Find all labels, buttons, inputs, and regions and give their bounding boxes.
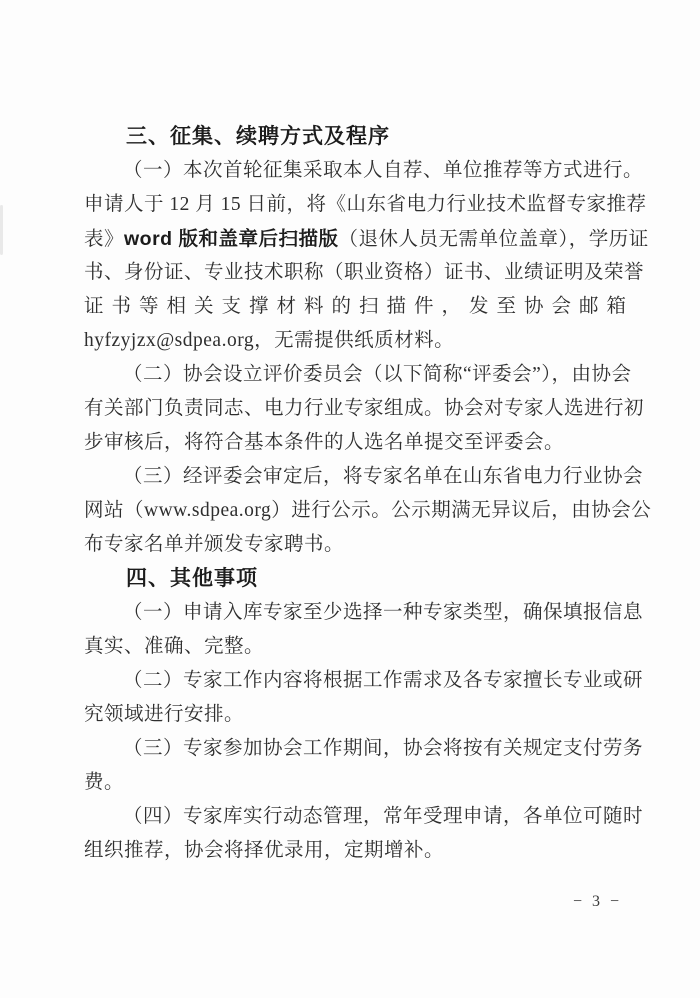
text-line: （三）专家参加协会工作期间，协会将按有关规定支付劳务 bbox=[84, 732, 629, 766]
text-line: 步审核后，将符合基本条件的人选名单提交至评委会。 bbox=[84, 426, 629, 460]
text-segment: 四、其他事项 bbox=[126, 567, 258, 590]
text-segment: word 版和盖章后扫描版 bbox=[124, 228, 339, 250]
text-segment: 证书等相关支撑材料的扫描件，发至协会邮箱 bbox=[84, 296, 634, 317]
text-segment: （一）申请入库专家至少选择一种专家类型，确保填报信息 bbox=[123, 602, 643, 623]
document-page: 三、征集、续聘方式及程序（一）本次首轮征集采取本人自荐、单位推荐等方式进行。申请… bbox=[0, 0, 700, 998]
text-line: 究领域进行安排。 bbox=[84, 698, 629, 732]
text-segment: 网站（www.sdpea.org）进行公示。公示期满无异议后，由协会公 bbox=[84, 500, 651, 521]
text-segment: 三、征集、续聘方式及程序 bbox=[126, 125, 390, 148]
text-line: 有关部门负责同志、电力行业专家组成。协会对专家人选进行初 bbox=[84, 392, 629, 426]
text-line: 表》word 版和盖章后扫描版（退休人员无需单位盖章），学历证 bbox=[84, 222, 629, 256]
text-segment: （四）专家库实行动态管理，常年受理申请，各单位可随时 bbox=[123, 806, 643, 827]
text-segment: （退休人员无需单位盖章），学历证 bbox=[339, 229, 649, 250]
text-line: 真实、准确、完整。 bbox=[84, 630, 629, 664]
text-segment: （二）专家工作内容将根据工作需求及各专家擅长专业或研 bbox=[123, 670, 643, 691]
text-line: 网站（www.sdpea.org）进行公示。公示期满无异议后，由协会公 bbox=[84, 494, 629, 528]
text-line: （二）专家工作内容将根据工作需求及各专家擅长专业或研 bbox=[84, 664, 629, 698]
section-heading: 三、征集、续聘方式及程序 bbox=[84, 120, 629, 154]
text-line: 申请人于 12 月 15 日前，将《山东省电力行业技术监督专家推荐 bbox=[84, 188, 629, 222]
text-segment: （一）本次首轮征集采取本人自荐、单位推荐等方式进行。 bbox=[123, 160, 643, 181]
text-line: 布专家名单并颁发专家聘书。 bbox=[84, 528, 629, 562]
text-segment: 有关部门负责同志、电力行业专家组成。协会对专家人选进行初 bbox=[84, 398, 644, 419]
text-segment: 申请人于 12 月 15 日前，将《山东省电力行业技术监督专家推荐 bbox=[84, 194, 647, 215]
text-line: 书、身份证、专业技术职称（职业资格）证书、业绩证明及荣誉 bbox=[84, 256, 629, 290]
text-line: 组织推荐，协会将择优录用，定期增补。 bbox=[84, 834, 629, 868]
text-line: 费。 bbox=[84, 766, 629, 800]
text-segment: 表》 bbox=[84, 229, 124, 250]
text-segment: （三）经评委会审定后，将专家名单在山东省电力行业协会 bbox=[123, 466, 643, 487]
text-segment: 组织推荐，协会将择优录用，定期增补。 bbox=[84, 840, 444, 861]
text-lines: 三、征集、续聘方式及程序（一）本次首轮征集采取本人自荐、单位推荐等方式进行。申请… bbox=[84, 120, 629, 868]
text-segment: （二）协会设立评价委员会（以下简称“评委会”），由协会 bbox=[123, 364, 632, 385]
text-line: （三）经评委会审定后，将专家名单在山东省电力行业协会 bbox=[84, 460, 629, 494]
scan-artifact bbox=[0, 205, 3, 255]
text-segment: 书、身份证、专业技术职称（职业资格）证书、业绩证明及荣誉 bbox=[84, 262, 644, 283]
text-line: 证书等相关支撑材料的扫描件，发至协会邮箱 bbox=[84, 290, 629, 324]
text-segment: 费。 bbox=[84, 772, 124, 793]
text-line: （四）专家库实行动态管理，常年受理申请，各单位可随时 bbox=[84, 800, 629, 834]
section-heading: 四、其他事项 bbox=[84, 562, 629, 596]
text-segment: 真实、准确、完整。 bbox=[84, 636, 264, 657]
text-line: （二）协会设立评价委员会（以下简称“评委会”），由协会 bbox=[84, 358, 629, 392]
text-line: （一）本次首轮征集采取本人自荐、单位推荐等方式进行。 bbox=[84, 154, 629, 188]
text-line: hyfzyjzx@sdpea.org，无需提供纸质材料。 bbox=[84, 324, 629, 358]
text-segment: hyfzyjzx@sdpea.org，无需提供纸质材料。 bbox=[84, 330, 454, 351]
text-segment: （三）专家参加协会工作期间，协会将按有关规定支付劳务 bbox=[123, 738, 643, 759]
document-body: 三、征集、续聘方式及程序（一）本次首轮征集采取本人自荐、单位推荐等方式进行。申请… bbox=[84, 120, 629, 868]
text-segment: 步审核后，将符合基本条件的人选名单提交至评委会。 bbox=[84, 432, 564, 453]
text-segment: 布专家名单并颁发专家聘书。 bbox=[84, 534, 344, 555]
text-line: （一）申请入库专家至少选择一种专家类型，确保填报信息 bbox=[84, 596, 629, 630]
text-segment: 究领域进行安排。 bbox=[84, 704, 244, 725]
page-number: − 3 − bbox=[573, 893, 622, 911]
